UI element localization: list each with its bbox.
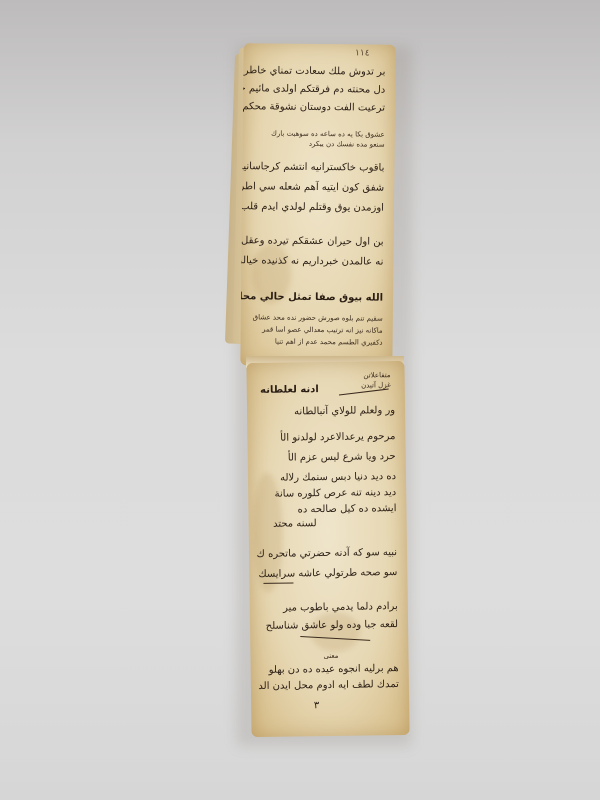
text-line: هم برليه انجوه عيده ده دن بهلو: [269, 663, 399, 677]
text-line: ايشده ده كيل صالحه ده: [298, 503, 397, 516]
text-line: تمدك لطف ايه ادوم محل ايدن الد: [258, 679, 399, 693]
divider-stroke: [263, 582, 293, 583]
text-line: الله بيوق صفا تمثل حالي محل ساقي: [240, 291, 383, 305]
text-line: دل محنته دم فرقتكم اولدى مائيم حيران: [240, 83, 385, 97]
text-line: ٣: [314, 700, 320, 712]
text-line: برادم دلما يدمي باطوب مير: [283, 601, 398, 615]
page-number: ١١٤: [355, 48, 370, 58]
text-line: شفق كون ايتيه آهم شعله سي اطرافي آلدي: [240, 181, 384, 195]
text-line: بن اول حيران عشقكم تيرده وعقل ادراك: [240, 235, 383, 249]
text-line: سنعو مده نفسك دن ييكرد: [309, 138, 385, 151]
text-line: ترعيت الفت دوستان نشوقة محكم ايمان: [240, 101, 385, 115]
text-line: حرد ويا شرع ليس عزم الأ: [288, 451, 396, 465]
text-line: سو صحه طرتولي عاشه سرايسك: [258, 567, 397, 581]
text-line: ور ولعلم للولاي آنبالطانه: [294, 405, 395, 418]
text-line: لسنه محتد: [273, 518, 317, 531]
manuscript-top-page: ١١٤ بر تدوش ملك سعادت تمناي خاطرم وبران …: [240, 43, 395, 367]
text-line: اوزمدن يوق وقتلم لولدي ايدم قلب جدجابا: [240, 201, 384, 215]
text-line: نه عالمدن خبرداريم نه كذنيده خيالوار: [240, 255, 383, 269]
text-line: دكفيري الطسم محمد عدم از اهم تنيا: [275, 336, 383, 349]
manuscript-bottom-page: متفاعلاتن غزل آتيدن ادنه لعلطانه ور ولعل…: [246, 361, 409, 737]
text-line: ده ديد دنيا دبس سنمك رلاله: [280, 471, 396, 485]
text-line: بر تدوش ملك سعادت تمناي خاطرم وبران: [240, 65, 385, 79]
text-line: ادنه لعلطانه: [260, 384, 319, 397]
text-line: باقوب خاكسترانيه انتشم كرجاسانيه: [240, 161, 384, 175]
text-line: نبيه سو كه آدنه حضرتي ماتحره ك: [257, 547, 398, 561]
text-line: ديد دينه تنه عرص كلوره سانة: [275, 487, 397, 501]
text-line: معنى: [323, 650, 338, 662]
text-line: مرحوم يرعدالاعرد لولدنو الأ: [280, 431, 395, 445]
text-line: لقعه جبا وده ولو عاشق شناسلح: [266, 619, 398, 633]
